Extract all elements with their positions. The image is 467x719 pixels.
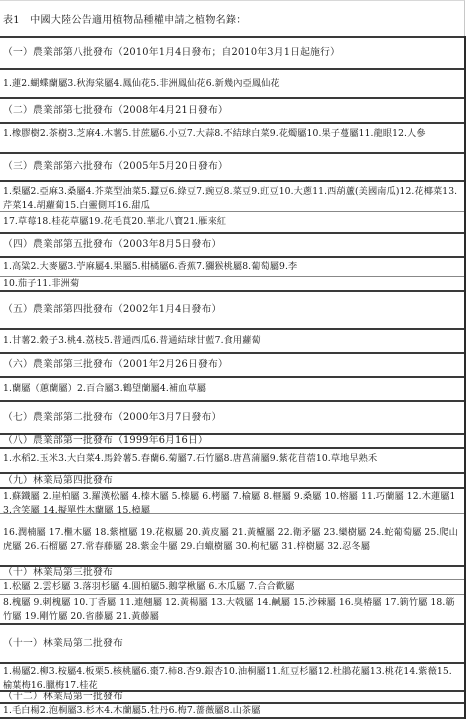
section-content-9a: 1.蘇鐵屬 2.崖柏屬 3.羅漢松屬 4.榛木屬 5.榛屬 6.栲屬 7.榆屬 …: [0, 487, 464, 513]
section-header-5: （五）農業部第四批發布（2002年1月4日發布）: [0, 290, 464, 328]
section-content-10a: 1.松屬 2.雲杉屬 3.落羽杉屬 4.圓柏屬5.鵝掌楸屬 6.木瓜屬 7.合合…: [0, 579, 464, 594]
section-header-text: （一）農業部第八批發布（2010年1月4日發布；自2010年3月1日起施行）: [3, 46, 340, 60]
section-header-text: （七）農業部第二批發布（2000年3月7日發布）: [3, 411, 222, 425]
section-content-9b: 16.潤楠屬 17.檵木屬 18.紫檀屬 19.花椒屬 20.黃皮屬 21.黃櫨…: [0, 513, 464, 565]
plant-list-text: 1.高粱2.大麥屬3.苧麻屬4.果屬5.柑橘屬6.香蕉7.獼猴桃屬8.葡萄屬9.…: [3, 260, 297, 274]
section-header-text: （五）農業部第四批發布（2002年1月4日發布）: [3, 303, 222, 317]
section-header-text: （四）農業部第五批發布（2003年8月5日發布）: [3, 238, 222, 252]
section-header-text: （二）農業部第七批發布（2008年4月21日發布）: [3, 104, 228, 118]
plant-list-text: 1.甘薯2.穀子3.桃4.荔枝5.普通西瓜6.普通結球甘藍7.食用蘿蔔: [3, 334, 261, 348]
plant-list-text: 1.水稻2.玉米3.大白菜4.馬鈴薯5.春蘭6.菊屬7.石竹屬8.唐菖蒲屬9.紫…: [3, 452, 377, 466]
plant-list-text: 1.楊屬2.柳3.桉屬4.板栗5.核桃屬6.棗7.柿8.杏9.銀杏10.油桐屬1…: [3, 665, 460, 690]
plant-list-text: 1.毛白楊2.泡桐屬3.杉木4.木蘭屬5.牡丹6.梅7.薔薇屬8.山茶屬: [3, 704, 260, 718]
section-header-text: （八）農業部第一批發布（1999年6月16日）: [3, 434, 208, 447]
section-content-4a: 1.高粱2.大麥屬3.苧麻屬4.果屬5.柑橘屬6.香蕉7.獼猴桃屬8.葡萄屬9.…: [0, 256, 464, 276]
section-content-5: 1.甘薯2.穀子3.桃4.荔枝5.普通西瓜6.普通結球甘藍7.食用蘿蔔: [0, 328, 464, 352]
section-header-7: （七）農業部第二批發布（2000年3月7日發布）: [0, 400, 464, 433]
section-content-3a: 1.梨屬2.亞麻3.桑屬4.芥菜型油菜5.蠶豆6.綠豆7.豌豆8.菜豆9.豇豆1…: [0, 180, 464, 211]
plant-list-text: 1.蓮2.蝴蝶蘭屬3.秋海棠屬4.鳳仙花5.非洲鳳仙花6.新幾內亞鳳仙花: [3, 77, 280, 91]
section-content-4b: 10.茄子11.非洲菊: [0, 276, 464, 290]
section-header-3: （三）農業部第六批發布（2005年5月20日發布）: [0, 152, 464, 180]
plant-list-text: 1.蘭屬（蕙蘭屬）2.百合屬3.鶴望蘭屬4.補血草屬: [3, 382, 206, 396]
plant-list-table: （一）農業部第八批發布（2010年1月4日發布；自2010年3月1日起施行） 1…: [0, 36, 466, 719]
plant-list-text: 1.松屬 2.雲杉屬 3.落羽杉屬 4.圓柏屬5.鵝掌楸屬 6.木瓜屬 7.合合…: [3, 580, 294, 594]
section-header-2: （二）農業部第七批發布（2008年4月21日發布）: [0, 97, 464, 122]
section-content-12: 1.毛白楊2.泡桐屬3.杉木4.木蘭屬5.牡丹6.梅7.薔薇屬8.山茶屬: [0, 702, 464, 719]
section-content-6: 1.蘭屬（蕙蘭屬）2.百合屬3.鶴望蘭屬4.補血草屬: [0, 376, 464, 400]
plant-list-text: 1.蘇鐵屬 2.崖柏屬 3.羅漢松屬 4.榛木屬 5.榛屬 6.栲屬 7.榆屬 …: [3, 490, 460, 513]
section-header-text: （十二）林業局第一批發布: [3, 690, 123, 702]
plant-list-text: 17.草莓18.桂花草屬19.花毛茛20.華北八寶21.雁來紅: [3, 215, 226, 229]
plant-list-text: 16.潤楠屬 17.檵木屬 18.紫檀屬 19.花椒屬 20.黃皮屬 21.黃櫨…: [3, 526, 460, 554]
section-header-4: （四）農業部第五批發布（2003年8月5日發布）: [0, 232, 464, 256]
section-header-9: （九）林業局第四批發布: [0, 472, 464, 487]
plant-list-text: 10.茄子11.非洲菊: [3, 277, 79, 291]
section-header-text: （六）農業部第三批發布（2001年2月26日發布）: [3, 358, 228, 372]
table-caption: 表1 中國大陸公告適用植物品種權申請之植物名錄：: [0, 0, 465, 36]
section-header-1: （一）農業部第八批發布（2010年1月4日發布；自2010年3月1日起施行）: [0, 36, 464, 68]
table-caption-text: 表1 中國大陸公告適用植物品種權申請之植物名錄：: [3, 11, 247, 26]
section-header-11: （十一）林業局第二批發布: [0, 623, 464, 662]
section-content-10b: 8.槐屬 9.刺槐屬 10.丁香屬 11.連翹屬 12.黃楊屬 13.大戟屬 1…: [0, 594, 464, 623]
section-header-text: （三）農業部第六批發布（2005年5月20日發布）: [3, 160, 228, 174]
section-content-8: 1.水稻2.玉米3.大白菜4.馬鈴薯5.春蘭6.菊屬7.石竹屬8.唐菖蒲屬9.紫…: [0, 447, 464, 472]
section-header-text: （十一）林業局第二批發布: [3, 637, 123, 651]
section-content-11: 1.楊屬2.柳3.桉屬4.板栗5.核桃屬6.棗7.柿8.杏9.銀杏10.油桐屬1…: [0, 662, 464, 690]
section-header-6: （六）農業部第三批發布（2001年2月26日發布）: [0, 352, 464, 376]
section-content-1: 1.蓮2.蝴蝶蘭屬3.秋海棠屬4.鳳仙花5.非洲鳳仙花6.新幾內亞鳳仙花: [0, 68, 464, 97]
section-content-2: 1.橡膠樹2.茶樹3.芝麻4.木薯5.甘蔗屬6.小豆7.大蒜8.不結球白菜9.花…: [0, 122, 464, 152]
plant-list-text: 1.梨屬2.亞麻3.桑屬4.芥菜型油菜5.蠶豆6.綠豆7.豌豆8.菜豆9.豇豆1…: [3, 185, 460, 211]
section-header-10: （十）林業局第三批發布: [0, 565, 464, 579]
section-header-8: （八）農業部第一批發布（1999年6月16日）: [0, 433, 464, 447]
section-header-text: （十）林業局第三批發布: [3, 566, 113, 579]
section-header-text: （九）林業局第四批發布: [3, 474, 113, 488]
section-content-3b: 17.草莓18.桂花草屬19.花毛茛20.華北八寶21.雁來紅: [0, 211, 464, 232]
section-header-12: （十二）林業局第一批發布: [0, 690, 464, 702]
plant-list-text: 1.橡膠樹2.茶樹3.芝麻4.木薯5.甘蔗屬6.小豆7.大蒜8.不結球白菜9.花…: [3, 127, 426, 141]
plant-list-text: 8.槐屬 9.刺槐屬 10.丁香屬 11.連翹屬 12.黃楊屬 13.大戟屬 1…: [3, 596, 460, 623]
